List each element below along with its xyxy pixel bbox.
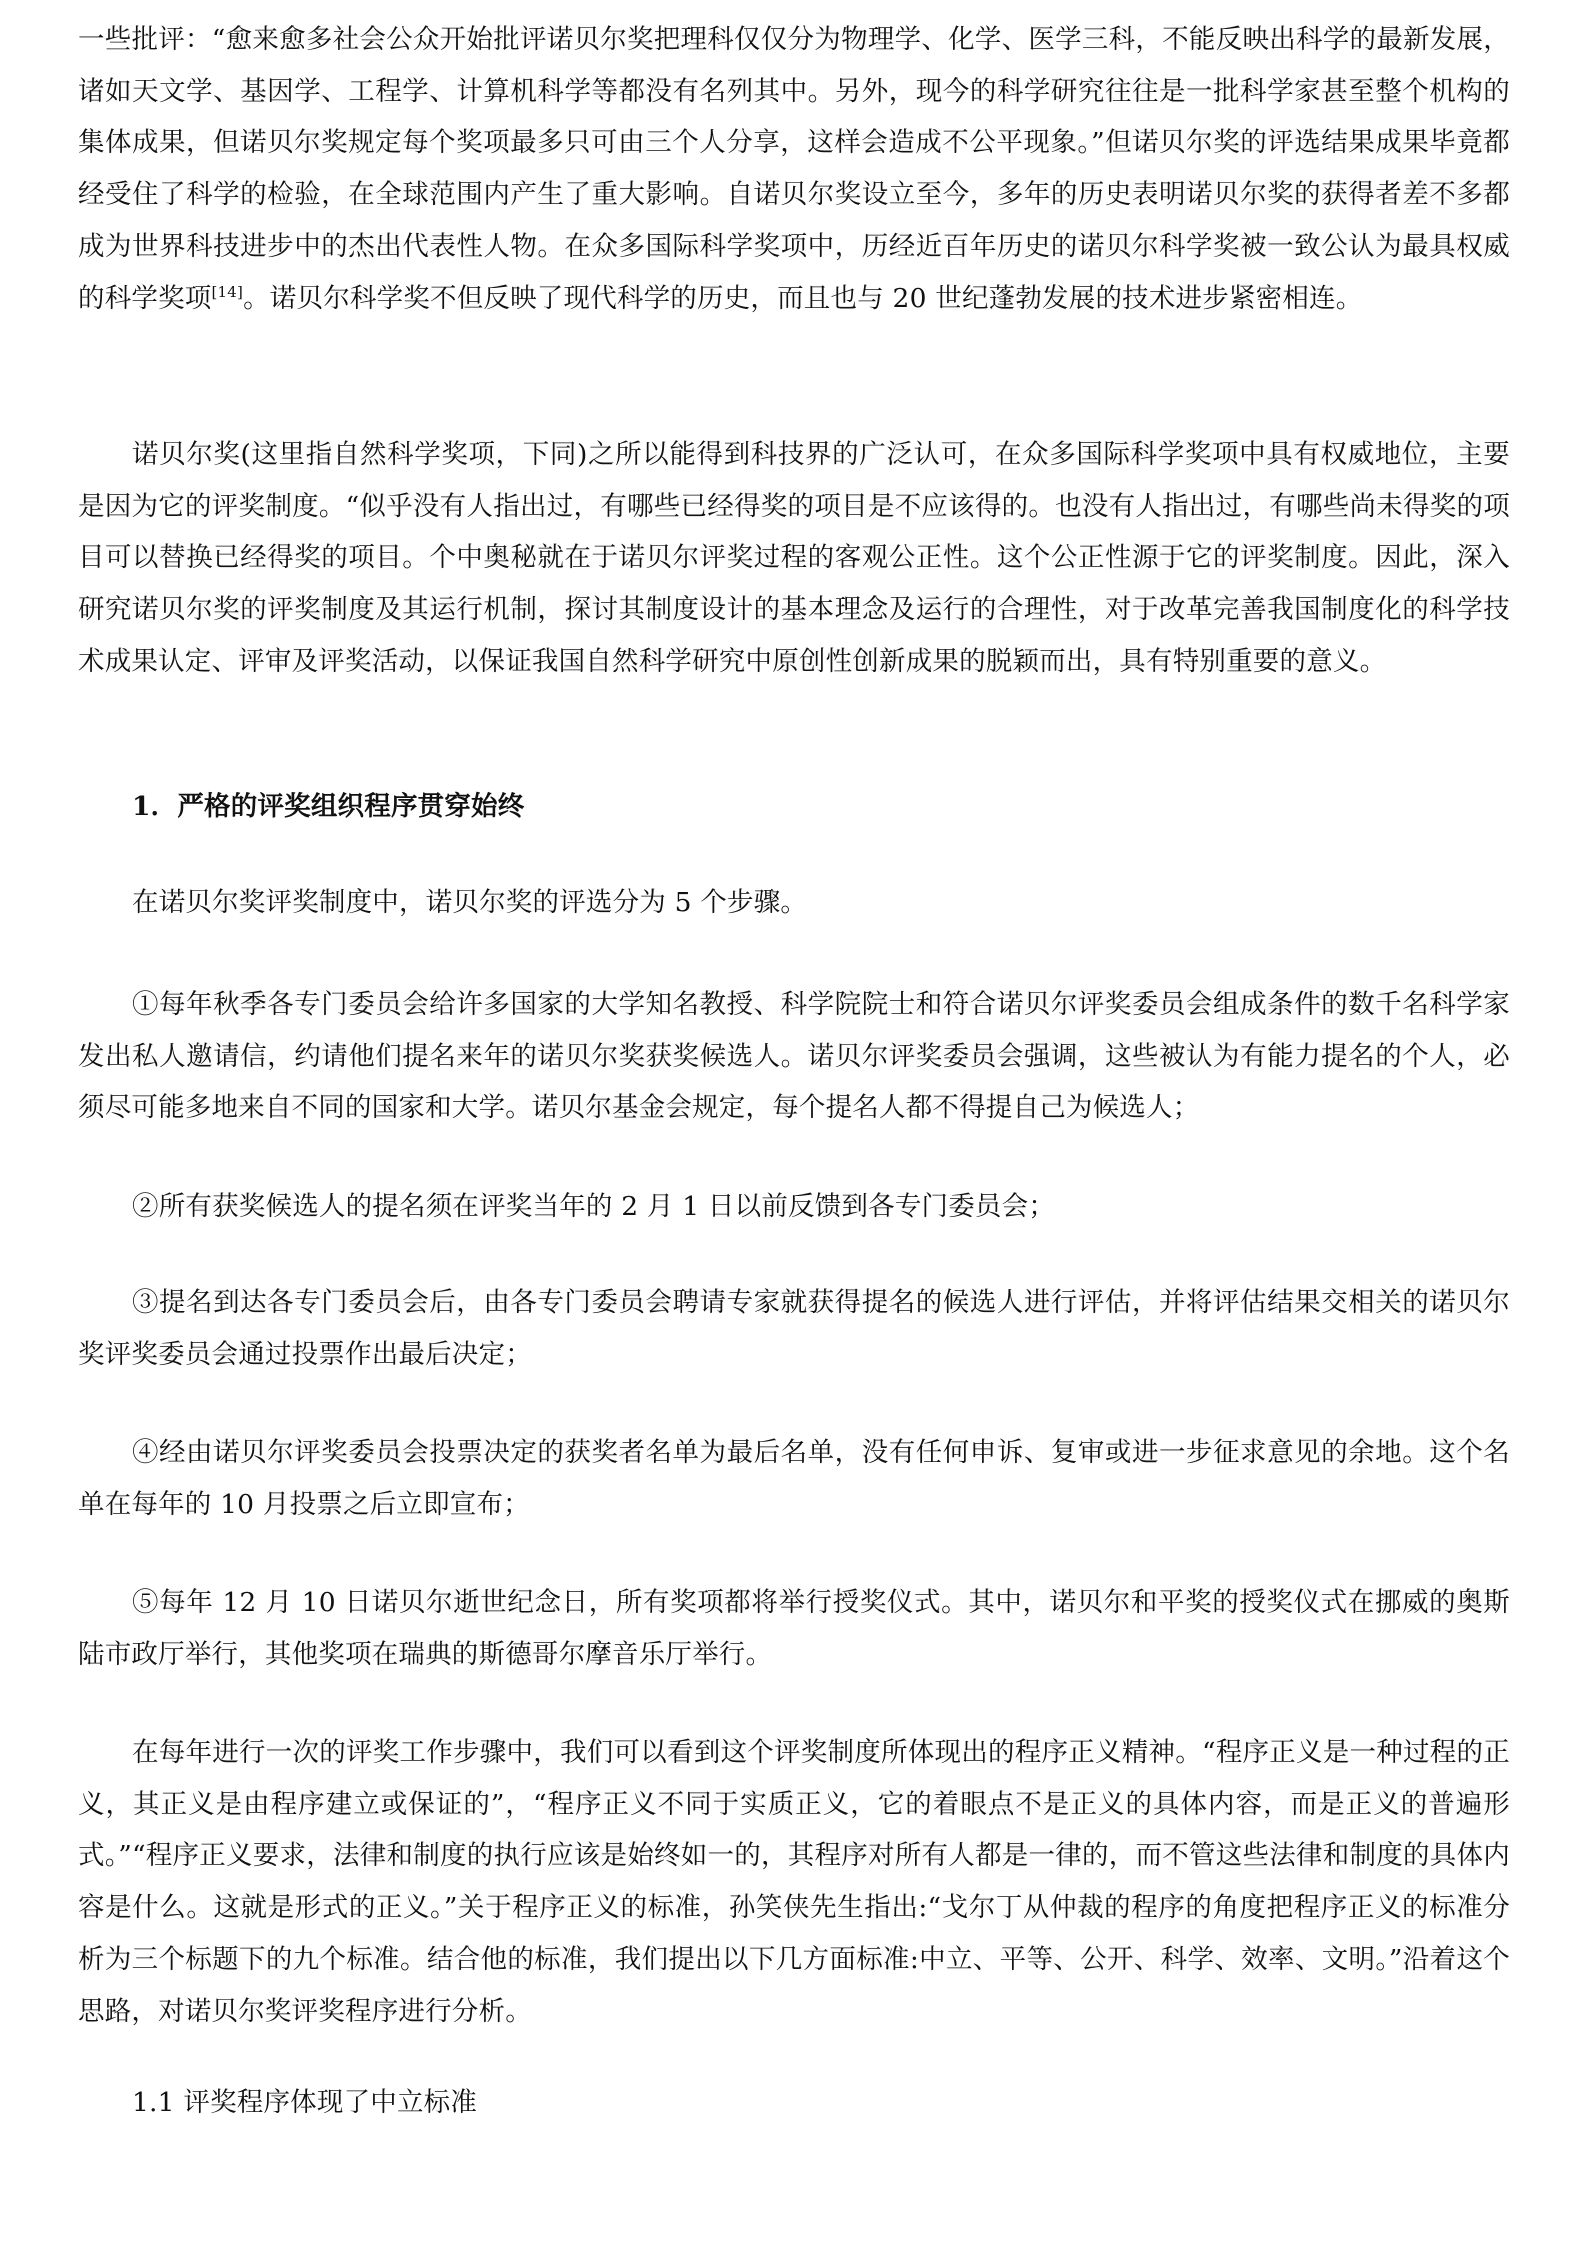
- step-item-1: ①每年秋季各专门委员会给许多国家的大学知名教授、科学院院士和符合诺贝尔评奖委员会…: [78, 979, 1510, 1134]
- step-item-4: ④经由诺贝尔评奖委员会投票决定的获奖者名单为最后名单，没有任何申诉、复审或进一步…: [78, 1427, 1510, 1530]
- document-page: 一些批评：“愈来愈多社会公众开始批评诺贝尔奖把理科仅仅分为物理学、化学、医学三科…: [0, 0, 1587, 2245]
- paragraph-evaluation-system: 诺贝尔奖(这里指自然科学奖项，下同)之所以能得到科技界的广泛认可，在众多国际科学…: [78, 429, 1510, 688]
- paragraph-criticism: 一些批评：“愈来愈多社会公众开始批评诺贝尔奖把理科仅仅分为物理学、化学、医学三科…: [78, 14, 1510, 324]
- paragraph-text: 一些批评：“愈来愈多社会公众开始批评诺贝尔奖把理科仅仅分为物理学、化学、医学三科…: [78, 24, 1510, 314]
- subsection-heading-1-1: 1.1 评奖程序体现了中立标准: [78, 2077, 1510, 2129]
- section-heading-1: 1．严格的评奖组织程序贯穿始终: [78, 781, 1510, 833]
- step-item-5: ⑤每年 12 月 10 日诺贝尔逝世纪念日，所有奖项都将举行授奖仪式。其中，诺贝…: [78, 1577, 1510, 1680]
- step-item-2: ②所有获奖候选人的提名须在评奖当年的 2 月 1 日以前反馈到各专门委员会；: [78, 1181, 1510, 1233]
- citation-reference[interactable]: [14]: [212, 283, 244, 301]
- paragraph-procedural-justice: 在每年进行一次的评奖工作步骤中，我们可以看到这个评奖制度所体现出的程序正义精神。…: [78, 1727, 1510, 2037]
- paragraph-text-continued: 。诺贝尔科学奖不但反映了现代科学的历史，而且也与 20 世纪蓬勃发展的技术进步紧…: [243, 283, 1362, 314]
- step-item-3: ③提名到达各专门委员会后，由各专门委员会聘请专家就获得提名的候选人进行评估，并将…: [78, 1277, 1510, 1380]
- paragraph-five-steps-intro: 在诺贝尔奖评奖制度中，诺贝尔奖的评选分为 5 个步骤。: [78, 877, 1510, 929]
